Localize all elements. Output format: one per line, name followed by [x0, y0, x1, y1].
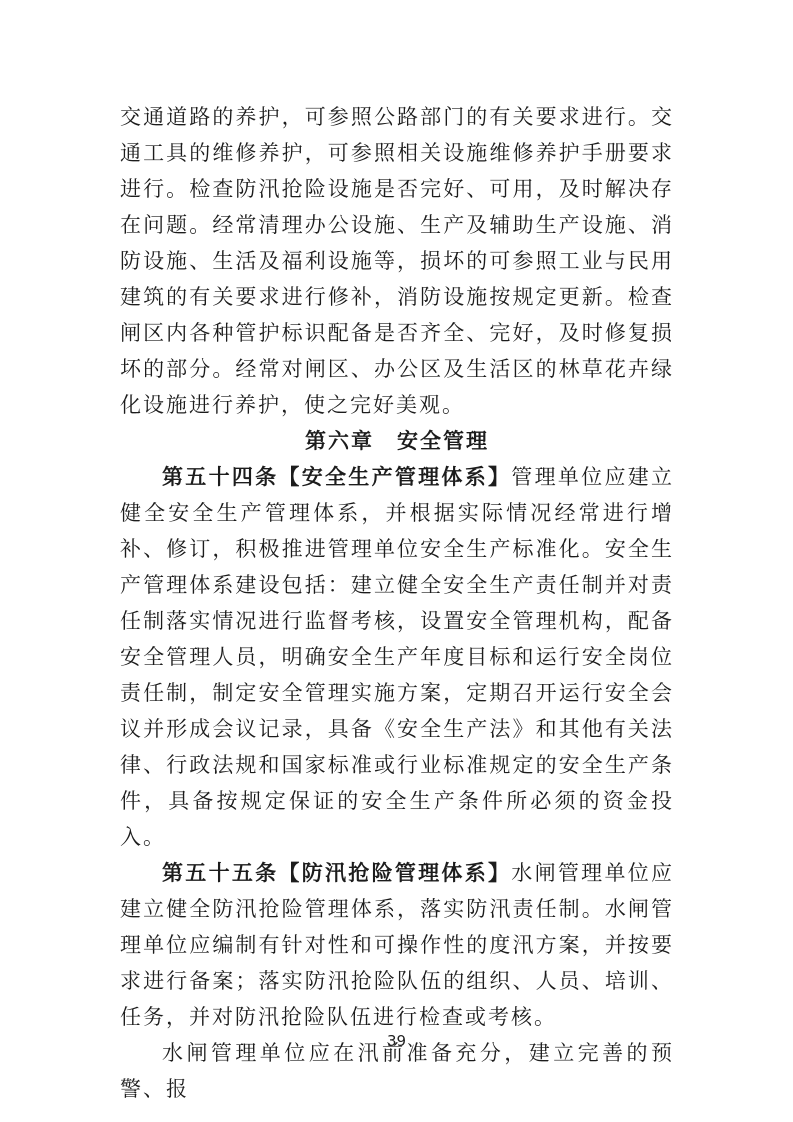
article-title-run: 第五十五条【防汛抢险管理体系】: [162, 861, 511, 885]
document-body: 交通道路的养护，可参照公路部门的有关要求进行。交通工具的维修养护，可参照相关设施…: [120, 99, 674, 1107]
page-number: 39: [0, 1032, 793, 1050]
article-title-run: 第五十四条【安全生产管理体系】: [162, 465, 511, 489]
paragraph-article-55: 第五十五条【防汛抢险管理体系】水闸管理单位应建立健全防汛抢险管理体系，落实防汛责…: [120, 855, 674, 1035]
body-text-run: 交通道路的养护，可参照公路部门的有关要求进行。交通工具的维修养护，可参照相关设施…: [120, 105, 674, 417]
paragraph-article-54: 第五十四条【安全生产管理体系】管理单位应建立健全安全生产管理体系，并根据实际情况…: [120, 459, 674, 855]
paragraph-continuation: 交通道路的养护，可参照公路部门的有关要求进行。交通工具的维修养护，可参照相关设施…: [120, 99, 674, 423]
body-text-run: 水闸管理单位应建立健全防汛抢险管理体系，落实防汛责任制。水闸管理单位应编制有针对…: [120, 861, 674, 1029]
chapter-heading: 第六章 安全管理: [120, 423, 674, 459]
document-page: 交通道路的养护，可参照公路部门的有关要求进行。交通工具的维修养护，可参照相关设施…: [0, 0, 793, 1122]
body-text-run: 水闸管理单位应在汛前准备充分，建立完善的预警、报: [120, 1041, 674, 1101]
body-text-run: 管理单位应建立健全安全生产管理体系，并根据实际情况经常进行增补、修订，积极推进管…: [120, 465, 674, 849]
